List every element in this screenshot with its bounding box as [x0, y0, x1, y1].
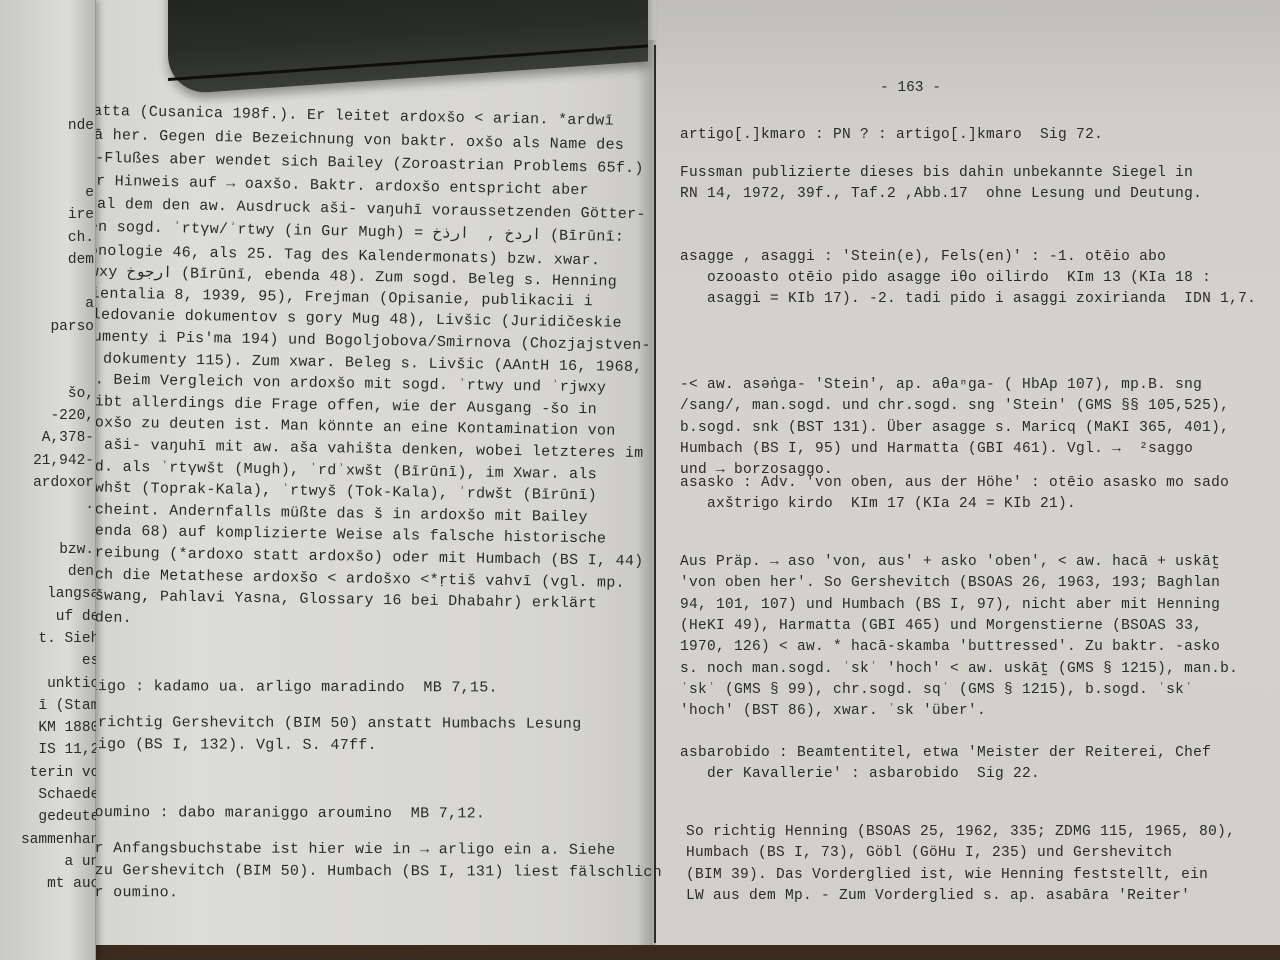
- entry-commentary-line: So richtig Henning (BSOAS 25, 1962, 335;…: [686, 823, 1235, 841]
- underlying-page-line: .: [85, 497, 94, 513]
- gutter-line: [654, 45, 656, 943]
- entry-line-asagge: asaggi = KIb 17). -2. tadi pido i asaggi…: [680, 290, 1256, 308]
- entry-commentary-line: 'hoch' (BST 86), xwar. ʾsk 'über'.: [680, 702, 986, 720]
- underlying-page-line: KM 1880,: [38, 720, 96, 736]
- underlying-page-line: ardoxor: [33, 475, 94, 491]
- entry-commentary-line: (HeKI 49), Harmatta (GBI 465) und Morgen…: [680, 617, 1202, 635]
- entry-commentary-line: 94, 101, 107) und Humbach (BS I, 97), ni…: [680, 596, 1220, 614]
- page-number: - 163 -: [880, 80, 941, 96]
- entry-line-asasko: axštrigo kirdo KIm 17 (KIa 24 = KIb 21).: [680, 495, 1076, 513]
- entry-commentary-line: (BIM 39). Das Vorderglied ist, wie Henni…: [686, 866, 1208, 884]
- underlying-page-line: -220,: [50, 408, 94, 424]
- entry-commentary-line: So richtig Gershevitch (BIM 50) anstatt …: [70, 714, 582, 734]
- entry-line-asasko: asasko : Adv. 'von oben, aus der Höhe' :…: [680, 474, 1229, 492]
- entry-commentary-line: arligo (BS I, 132). Vgl. S. 47ff.: [70, 736, 377, 755]
- entry-commentary-line: 'von oben her'. So Gershevitch (BSOAS 26…: [680, 574, 1220, 592]
- entry-commentary-line: Humbach (BS I, 73), Göbl (GöHu I, 235) u…: [686, 844, 1172, 862]
- entry-headline-arligo: arligo : kadamo ua. arligo maradindo MB …: [70, 678, 498, 697]
- entry-commentary-line: -< aw. asəṅga- 'Stein', ap. aθaⁿga- ( Hb…: [680, 376, 1202, 394]
- underlying-page-line: uf den: [56, 609, 96, 625]
- underlying-page-line: A,378-: [42, 430, 94, 446]
- entry-line-asagge: asagge , asaggi : 'Stein(e), Fels(en)' :…: [680, 248, 1166, 266]
- entry-commentary-line: Der Anfangsbuchstabe ist hier wie in → a…: [76, 840, 616, 860]
- entry-commentary-line: Aus Präp. → aso 'von, aus' + asko 'oben'…: [680, 553, 1220, 571]
- entry-line-asagge: ozooasto otēio pido asagge iθo oilirdo K…: [680, 269, 1211, 287]
- underlying-page-line: langsam: [47, 586, 96, 602]
- underlying-page-line: ire: [68, 207, 94, 223]
- underlying-page-line: a und: [64, 854, 96, 870]
- underlying-page-line: a: [85, 296, 94, 312]
- underlying-page-line: terin von: [30, 765, 96, 781]
- entry-commentary-line: RN 14, 1972, 39f., Taf.2 ,Abb.17 ohne Le…: [680, 185, 1202, 203]
- underlying-page-line: šo,: [68, 386, 94, 402]
- entry-commentary-line: ʾskʾ (GMS § 99), chr.sogd. sqʾ (GMS § 12…: [680, 681, 1193, 699]
- entry-commentary-line: Fussman publizierte dieses bis dahin unb…: [680, 164, 1193, 182]
- underlying-page-line: gedeutet: [38, 809, 96, 825]
- underlying-page-line: 21,942-: [33, 453, 94, 469]
- underlying-page-line: es,: [82, 653, 96, 669]
- underlying-page-line: dem: [68, 252, 94, 268]
- entry-commentary-line: b.sogd. snk (BST 131). Über asagge s. Ma…: [680, 419, 1229, 437]
- underlying-page: ndeeirech.demaparsošo,-220,A,378-21,942-…: [0, 0, 96, 960]
- entry-commentary-line: /sang/, man.sogd. und chr.sogd. sng 'Ste…: [680, 397, 1229, 415]
- underlying-page-line: e: [85, 185, 94, 201]
- underlying-page-line: ch.: [68, 230, 94, 246]
- entry-commentary-line: s. noch man.sogd. ʾskʾ 'hoch' < aw. uskā…: [680, 660, 1238, 678]
- underlying-page-line: IS 11,2,: [38, 742, 96, 758]
- underlying-page-line: t. Siehe: [38, 631, 96, 647]
- entry-commentary-line: Humbach (BS I, 95) und Harmatta (GBI 461…: [680, 440, 1193, 458]
- entry-commentary-line: LW aus dem Mp. - Zum Vorderglied s. ap. …: [686, 887, 1190, 905]
- underlying-page-line: Schaeder: [38, 787, 96, 803]
- book-photo: ndeeirech.demaparsošo,-220,A,378-21,942-…: [0, 0, 1280, 960]
- entry-line-artigokmaro: artigo[.]kmaro : PN ? : artigo[.]kmaro S…: [680, 126, 1103, 144]
- entry-line-asbarobido: der Kavallerie' : asbarobido Sig 22.: [680, 765, 1040, 783]
- underlying-page-line: den: [68, 564, 94, 580]
- entry-commentary-line: 1970, 126) < aw. * hacā-skamba 'buttress…: [680, 638, 1220, 656]
- underlying-page-line: nde: [68, 118, 94, 134]
- underlying-page-line: bzw.: [59, 542, 94, 558]
- entry-headline-aroumino: aroumino : dabo maraniggo aroumino MB 7,…: [76, 804, 485, 823]
- entry-commentary-line: dazu Gershevitch (BIM 50). Humbach (BS I…: [76, 862, 662, 882]
- underlying-page-line: unktion: [47, 676, 96, 692]
- underlying-page-line: mt auch: [47, 876, 96, 892]
- entry-line-asbarobido: asbarobido : Beamtentitel, etwa 'Meister…: [680, 744, 1211, 762]
- underlying-page-line: sammenhang: [21, 832, 96, 848]
- underlying-page-line: parso: [50, 319, 94, 335]
- table-surface: [0, 945, 1280, 960]
- underlying-page-line: ī (Stamm: [38, 698, 96, 714]
